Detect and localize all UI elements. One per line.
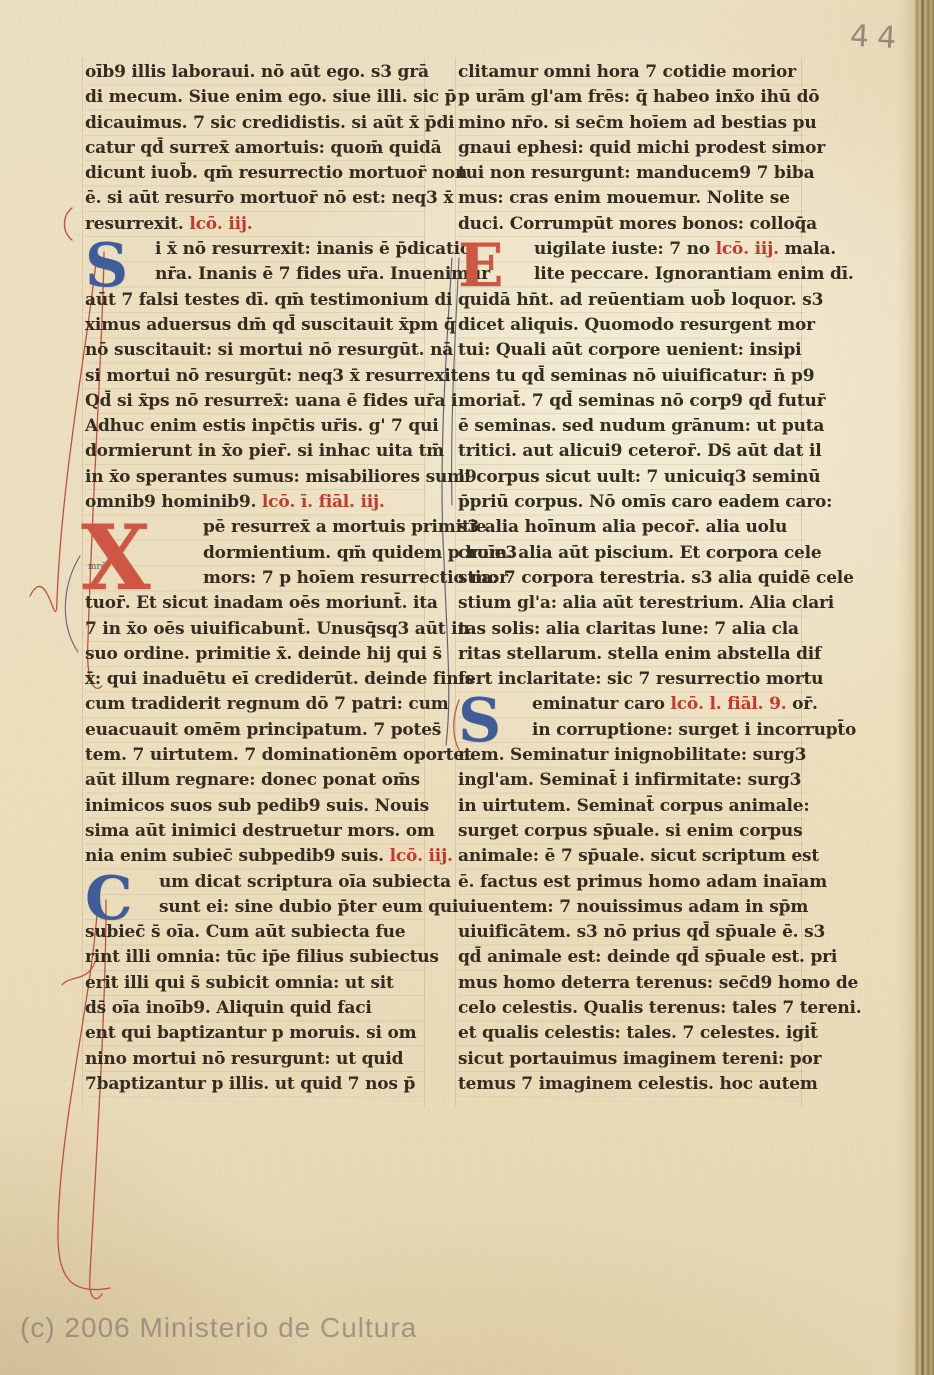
text-line: cum tradiderit regnum dō 7 patri: cum [85,692,425,717]
text-line: suo ordine. primitie x̄. deinde hij qui … [85,642,425,667]
text-line: ent qui baptizantur p moruis. si om [85,1021,425,1046]
text-line: crum. alia aūt piscium. Et corpora cele [458,541,805,566]
body-text: pē resurrex̄ a mortuis primitie [203,517,486,537]
text-line: uiuentem: 7 nouissimus adam in sp̄m [458,895,805,920]
copyright-watermark: (c) 2006 Ministerio de Cultura [20,1312,417,1344]
text-line: rint illi omnia: tūc ip̄e filius subiect… [85,945,425,970]
text-line: surget corpus sp̄uale. si enim corpus [458,819,805,844]
body-text: s3 alia hoīnum alia pecor̄. alia uolu [458,517,787,537]
text-line: et qualis celestis: tales. 7 celestes. i… [458,1021,805,1046]
text-block: Cum dicat scriptura oīa subiectasunt ei:… [85,870,425,1098]
body-text: nino mortui nō resurgunt: ut quid [85,1049,403,1069]
body-text: mala. [779,239,836,259]
body-text: eminatur caro [532,694,671,714]
text-line: sunt ei: sine dubio p̄ter eum qui [85,895,425,920]
body-text: dicunt iuob̄. qm̄ resurrectio mortuor̄ n… [85,163,467,183]
illuminated-initial-c: C [85,871,132,928]
body-text: animale: ē 7 sp̄uale. sicut scriptum est [458,846,819,866]
text-line: nem. Seminatur inignobilitate: surg3 [458,743,805,768]
body-text: ximus aduersus dm̄ qd̄ suscitauit x̄pm q… [85,315,456,335]
text-line: nō suscitauit: si mortui nō resurgūt. nā [85,338,425,363]
text-line: subiec̄ s̄ oīa. Cum aūt subiecta fue [85,920,425,945]
body-text: nem. Seminatur inignobilitate: surg3 [458,745,806,765]
red-paraph-mark [65,208,73,240]
folio-number: 44 [849,19,905,57]
text-line: mus homo deterra terenus: sec̄d9 homo de [458,971,805,996]
body-text: lite peccare. Ignorantiam enim dī. [534,264,854,284]
text-line: nr̄a. Inanis ē 7 fides ur̄a. Inuenimur [85,262,425,287]
body-text: ritas stellarum. stella enim abstella di… [458,644,821,664]
text-line: ē. factus est primus homo adam inaīam [458,870,805,895]
text-column-right: clitamur omni hora 7 cotidie moriorp urā… [458,60,805,1097]
text-line: dicunt iuob̄. qm̄ resurrectio mortuor̄ n… [85,161,425,186]
text-line: si mortui nō resurgūt: neq3 x̄ resurrexi… [85,364,425,389]
body-text: duci. Corrumpūt mores bonos: colloq̄a [458,214,817,234]
body-text: sunt ei: sine dubio p̄ter eum qui [159,897,458,917]
body-text: ingl'am. Seminat̄ i infirmitate: surg3 [458,770,801,790]
rubric: lcō. l. fiāl. 9. [671,694,787,714]
body-text: catur qd̄ surrex̄ amortuis: quom̄ quidā [85,138,442,158]
text-line: dormierunt in x̄o pier̄. si inhac uita t… [85,439,425,464]
body-text: dormierunt in x̄o pier̄. si inhac uita t… [85,441,444,461]
text-line: resurrexit. lcō. iij. [85,212,425,237]
text-line: i x̄ nō resurrexit: inanis ē p̄dicatio [85,237,425,262]
text-line: fert inclaritate: sic 7 resurrectio mort… [458,667,805,692]
rubric: lcō. iij. [189,214,252,234]
body-text: tui non resurgunt: manducem9 7 biba [458,163,814,183]
body-text: cum tradiderit regnum dō 7 patri: cum [85,694,449,714]
body-text: inimicos suos sub pedib9 suis. Nouis [85,796,429,816]
text-line: celo celestis. Qualis terenus: tales 7 t… [458,996,805,1021]
text-line: inimicos suos sub pedib9 suis. Nouis [85,794,425,819]
body-text: in corruptione: surget i incorrupt̄o [532,720,856,740]
text-line: moriat̄. 7 qd̄ seminas nō corp9 qd̄ futu… [458,389,805,414]
text-line: oīb9 illis laboraui. nō aūt ego. s3 grā [85,60,425,85]
text-line: sima aūt inimici destruetur mors. om [85,819,425,844]
text-line: p̄priū corpus. Nō omīs caro eadem caro: [458,490,805,515]
illuminated-initial-e: E [458,238,503,295]
body-text: Adhuc enim estis inpc̄tis ur̄is. g' 7 qu… [85,416,439,436]
text-line: aūt 7 falsi testes dī. qm̄ testimonium d… [85,288,425,313]
text-line: tui: Quali aūt corpore uenient: insipi [458,338,805,363]
manuscript-page: 44 mrc̄ oīb9 illis laboraui. nō aūt ego.… [0,0,934,1375]
body-text: tem. 7 uirtutem. 7 dominationēm oportet [85,745,472,765]
body-text: p̄priū corpus. Nō omīs caro eadem caro: [458,492,832,512]
body-text: in x̄o sperantes sumus: misabiliores sum… [85,467,477,487]
text-line: mino nr̄o. si sec̄m hoīem ad bestias pu [458,111,805,136]
body-text: erit illi qui s̄ subicit omnia: ut sit [85,973,394,993]
body-text: uiuificātem. s3 nō prius qd̄ sp̄uale ē. … [458,922,825,942]
text-line: nia enim subiec̄ subpedib9 suis. lcō. ii… [85,844,425,869]
text-line: uiuificātem. s3 nō prius qd̄ sp̄uale ē. … [458,920,805,945]
text-line: x̄: qui inaduētu eī crediderūt. deinde f… [85,667,425,692]
text-line: quidā hn̄t. ad reūentiam uob̄ loquor. s3 [458,288,805,313]
rubric: lcō. ī. fiāl. iij. [262,492,385,512]
body-text: x̄: qui inaduētu eī crediderūt. deinde f… [85,669,474,689]
text-line: mus: cras enim mouemur. Nolite se [458,186,805,211]
text-line: erit illi qui s̄ subicit omnia: ut sit [85,971,425,996]
body-text: surget corpus sp̄uale. si enim corpus [458,821,802,841]
illuminated-initial-s: S [85,238,128,295]
text-line: tui non resurgunt: manducem9 7 biba [458,161,805,186]
body-text: 7 in x̄o oēs uiuificabunt̄. Unusq̄sq3 aū… [85,619,470,639]
page-edge-stack [896,0,934,1375]
illuminated-initial-s: S [458,693,501,750]
body-text: et qualis celestis: tales. 7 celestes. i… [458,1023,818,1043]
body-text: mus: cras enim mouemur. Nolite se [458,188,790,208]
body-text: aūt illum regnare: donec ponat om̄s [85,770,420,790]
body-text: subiec̄ s̄ oīa. Cum aūt subiecta fue [85,922,405,942]
body-text: sima aūt inimici destruetur mors. om [85,821,435,841]
rubric: lcō. iij. [716,239,779,259]
body-text: ē. factus est primus homo adam inaīam [458,872,827,892]
text-line: tas solis: alia claritas lune: 7 alia cl… [458,617,805,642]
text-line: ingl'am. Seminat̄ i infirmitate: surg3 [458,768,805,793]
body-text: tas solis: alia claritas lune: 7 alia cl… [458,619,799,639]
text-line: ds̄ oīa inoīb9. Aliquin quid faci [85,996,425,1021]
body-text: 7baptizantur p illis. ut quid 7 nos p̄ [85,1074,415,1094]
body-text: in uirtutem. Seminat̄ corpus animale: [458,796,809,816]
body-text: si mortui nō resurgūt: neq3 x̄ resurrexi… [85,366,464,386]
text-block: oīb9 illis laboraui. nō aūt ego. s3 grād… [85,60,425,237]
text-line: qd̄ animale est: deinde qd̄ sp̄uale est.… [458,945,805,970]
text-line: nino mortui nō resurgunt: ut quid [85,1047,425,1072]
body-text: aūt 7 falsi testes dī. qm̄ testimonium d… [85,290,452,310]
text-line: dicauimus. 7 sic credidistis. si aūt x̄ … [85,111,425,136]
body-text: mus homo deterra terenus: sec̄d9 homo de [458,973,858,993]
body-text: di mecum. Siue enim ego. siue illi. sic … [85,87,456,107]
text-line: clitamur omni hora 7 cotidie morior [458,60,805,85]
text-line: eminatur caro lcō. l. fiāl. 9. or̄. [458,692,805,717]
body-text: qd̄ animale est: deinde qd̄ sp̄uale est.… [458,947,837,967]
body-text: tritici. aut alicui9 ceteror̄. Ds̄ aūt d… [458,441,822,461]
rubric: lcō. iij. [390,846,453,866]
body-text: nr̄a. Inanis ē 7 fides ur̄a. Inuenimur [155,264,490,284]
body-text: oīb9 illis laboraui. nō aūt ego. s3 grā [85,62,429,82]
text-line: ens tu qd̄ seminas nō uiuificatur: n̄ p9 [458,364,805,389]
body-text: temus 7 imaginem celestis. hoc autem [458,1074,818,1094]
text-line: ē. si aūt resurr̄o mortuor̄ nō est: neq3… [85,186,425,211]
text-line: stium gl'a: alia aūt terestrium. Alia cl… [458,591,805,616]
body-text: celo celestis. Qualis terenus: tales 7 t… [458,998,861,1018]
text-line: p urām gl'am frēs: q̄ habeo inx̄o ihū dō [458,85,805,110]
illuminated-initial-x: X [81,516,150,601]
body-text: ē seminas. sed nudum grānum: ut puta [458,416,824,436]
blue-penwork-initial-x [65,556,80,652]
text-line: tem. 7 uirtutem. 7 dominationēm oportet [85,743,425,768]
text-line: uigilate iuste: 7 no lcō. iij. mala. [458,237,805,262]
text-line: di mecum. Siue enim ego. siue illi. sic … [85,85,425,110]
body-text: mino nr̄o. si sec̄m hoīem ad bestias pu [458,113,816,133]
body-text: ent qui baptizantur p moruis. si om [85,1023,416,1043]
body-text: ens tu qd̄ seminas nō uiuificatur: n̄ p9 [458,366,814,386]
text-line: in uirtutem. Seminat̄ corpus animale: [458,794,805,819]
body-text: clitamur omni hora 7 cotidie morior [458,62,796,82]
text-block: Seminatur caro lcō. l. fiāl. 9. or̄.in c… [458,692,805,1097]
body-text: tui: Quali aūt corpore uenient: insipi [458,340,801,360]
body-text: fert inclaritate: sic 7 resurrectio mort… [458,669,823,689]
body-text: stia: 7 corpora terestria. s3 alia quidē… [458,568,854,588]
body-text: i x̄ nō resurrexit: inanis ē p̄dicatio [155,239,471,259]
text-line: um dicat scriptura oīa subiecta [85,870,425,895]
text-line: temus 7 imaginem celestis. hoc autem [458,1072,805,1097]
body-text: stium gl'a: alia aūt terestrium. Alia cl… [458,593,834,613]
body-text: or̄. [786,694,817,714]
body-text: ē. si aūt resurr̄o mortuor̄ nō est: neq3… [85,188,453,208]
body-text: li corpus sicut uult: 7 unicuiq3 seminū [458,467,820,487]
text-block: clitamur omni hora 7 cotidie moriorp urā… [458,60,805,237]
body-text: sicut portauimus imaginem tereni: por [458,1049,821,1069]
text-line: stia: 7 corpora terestria. s3 alia quidē… [458,566,805,591]
text-line: in x̄o sperantes sumus: misabiliores sum… [85,465,425,490]
text-line: dicet aliquis. Quomodo resurgent mor [458,313,805,338]
body-text: suo ordine. primitie x̄. deinde hij qui … [85,644,442,664]
text-line: sicut portauimus imaginem tereni: por [458,1047,805,1072]
body-text: quidā hn̄t. ad reūentiam uob̄ loquor. s3 [458,290,823,310]
body-text: crum. alia aūt piscium. Et corpora cele [458,543,822,563]
body-text: ds̄ oīa inoīb9. Aliquin quid faci [85,998,372,1018]
text-line: ximus aduersus dm̄ qd̄ suscitauit x̄pm q… [85,313,425,338]
body-text: dicauimus. 7 sic credidistis. si aūt x̄ … [85,113,454,133]
text-line: Qd̄ si x̄ps nō resurrex̄: uana ē fides u… [85,389,425,414]
text-column-left: oīb9 illis laboraui. nō aūt ego. s3 grād… [85,60,425,1097]
text-line: catur qd̄ surrex̄ amortuis: quom̄ quidā [85,136,425,161]
text-line: gnaui ephesi: quid michi prodest simor [458,136,805,161]
text-line: duci. Corrumpūt mores bonos: colloq̄a [458,212,805,237]
text-block: Si x̄ nō resurrexit: inanis ē p̄dication… [85,237,425,515]
body-text: um dicat scriptura oīa subiecta [159,872,451,892]
body-text: dicet aliquis. Quomodo resurgent mor [458,315,815,335]
text-line: li corpus sicut uult: 7 unicuiq3 seminū [458,465,805,490]
body-text: gnaui ephesi: quid michi prodest simor [458,138,825,158]
text-block: Euigilate iuste: 7 no lcō. iij. mala.lit… [458,237,805,692]
text-line: in corruptione: surget i incorrupt̄o [458,718,805,743]
body-text: p urām gl'am frēs: q̄ habeo inx̄o ihū dō [458,87,819,107]
text-line: ē seminas. sed nudum grānum: ut puta [458,414,805,439]
body-text: Qd̄ si x̄ps nō resurrex̄: uana ē fides u… [85,391,457,411]
body-text: euacuauit omēm principatum. 7 potes̄ [85,720,441,740]
body-text: moriat̄. 7 qd̄ seminas nō corp9 qd̄ futu… [458,391,825,411]
text-line: aūt illum regnare: donec ponat om̄s [85,768,425,793]
body-text: rint illi omnia: tūc ip̄e filius subiect… [85,947,439,967]
text-line: 7baptizantur p illis. ut quid 7 nos p̄ [85,1072,425,1097]
text-line: ritas stellarum. stella enim abstella di… [458,642,805,667]
text-line: lite peccare. Ignorantiam enim dī. [458,262,805,287]
text-line: s3 alia hoīnum alia pecor̄. alia uolu [458,515,805,540]
body-text: nō suscitauit: si mortui nō resurgūt. nā [85,340,453,360]
text-line: animale: ē 7 sp̄uale. sicut scriptum est [458,844,805,869]
text-line: tritici. aut alicui9 ceteror̄. Ds̄ aūt d… [458,439,805,464]
body-text: uigilate iuste: 7 no [534,239,716,259]
text-line: 7 in x̄o oēs uiuificabunt̄. Unusq̄sq3 aū… [85,617,425,642]
text-line: euacuauit omēm principatum. 7 potes̄ [85,718,425,743]
text-block: Xpē resurrex̄ a mortuis primitiedormient… [85,515,425,869]
text-line: Adhuc enim estis inpc̄tis ur̄is. g' 7 qu… [85,414,425,439]
body-text: uiuentem: 7 nouissimus adam in sp̄m [458,897,808,917]
